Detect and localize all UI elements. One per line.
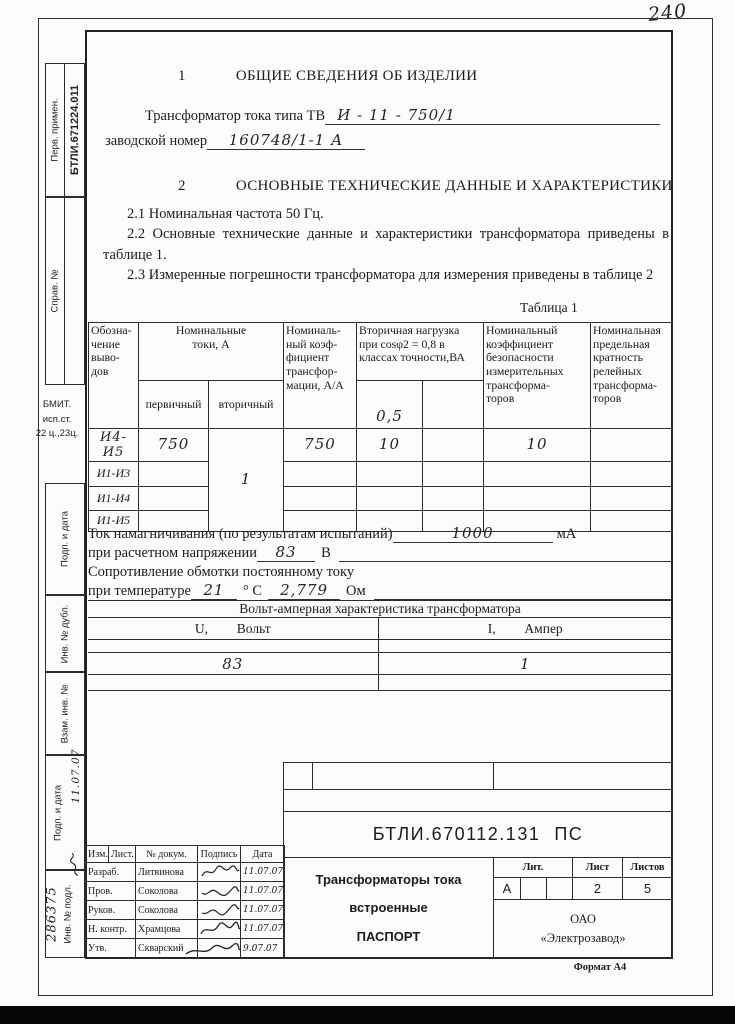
lit-empty-cell (546, 877, 573, 900)
magnetizing-label: Ток намагничивания (по результатам испыт… (88, 526, 393, 543)
transformer-type-line: Трансформатор тока типа ТВ И - 11 - 750/… (145, 106, 660, 125)
sprav-label: Справ. № (50, 269, 61, 312)
cell-load-2 (423, 462, 484, 487)
margin-stamp-note: БМИТ. исп.ст. 22 ц.,23ц. (26, 398, 88, 442)
scanned-passport-page: 240 Перв. примен. БТЛИ.671224.011 Справ.… (0, 0, 735, 1024)
va-empty-cell (378, 675, 672, 691)
header-secondary: вторичный (209, 381, 284, 429)
perv-primen-value: БТЛИ.671224.011 (69, 85, 81, 175)
cell-mult (591, 462, 673, 487)
signature-scribble-icon (68, 807, 82, 877)
organization-line-2: «Электрозавод» (494, 929, 672, 948)
signature-scribble-icon (200, 942, 240, 956)
stamp-line: 22 ц.,23ц. (26, 427, 88, 442)
magnetizing-unit: мА (557, 526, 577, 543)
lit-empty-cell (520, 877, 547, 900)
cell-ratio (284, 462, 357, 487)
sig-name: Храмцова (136, 920, 198, 939)
cell-divider (64, 198, 65, 384)
format-note: Формат А4 (520, 962, 680, 973)
voltage-label: при расчетном напряжении (88, 545, 257, 562)
va-empty-cell (88, 675, 378, 691)
resistance-label: Сопротивление обмотки постоянному току (88, 564, 354, 581)
sig-role: Пров. (86, 882, 136, 901)
cell-load-2 (423, 487, 484, 511)
cell-secondary: 1 (241, 470, 252, 488)
sig-header-dokum: № докум. (136, 846, 198, 863)
sig-date: 9.07.07 (241, 939, 285, 959)
va-i-value-handwritten: 1 (520, 655, 531, 673)
section-number: 1 (178, 68, 186, 85)
type-value-handwritten: И - 11 - 750/1 (325, 106, 660, 125)
title-block-small-cell (312, 762, 494, 790)
sig-date: 11.07.07 (241, 920, 285, 939)
resistance-unit: Ом (346, 583, 366, 600)
volt-ampere-table: Вольт-амперная характеристика трансформа… (88, 600, 672, 691)
title-block-small-cell (493, 762, 673, 790)
paragraph-2-2: 2.2 Основные технические данные и характ… (103, 224, 669, 265)
scan-edge-bar (0, 1006, 735, 1024)
sidebar-cell-inv-dubl: Инв. № дубл. (45, 595, 85, 672)
header-safety-factor: Номинальный коэффициент безопасности изм… (484, 323, 591, 429)
temperature-value-handwritten: 21 (191, 581, 237, 600)
rule-filler (339, 561, 672, 562)
voltage-unit: В (321, 545, 331, 562)
header-terminals: Обозна- чение выво- дов (89, 323, 139, 429)
sig-date: 11.07.07 (241, 863, 285, 882)
inv-dubl-label: Инв. № дубл. (60, 604, 71, 663)
header-nominal-currents: Номинальные токи, А (139, 323, 284, 381)
resistance-value-handwritten: 2,779 (268, 581, 340, 600)
sig-name: Скварский (136, 939, 198, 959)
lit-header-cell: Лит. (493, 857, 573, 878)
va-header-i: I, Ампер (378, 618, 672, 640)
section-2-heading: 2 ОСНОВНЫЕ ТЕХНИЧЕСКИЕ ДАННЫЕ И ХАРАКТЕР… (178, 178, 673, 195)
handwritten-inventory-number: 286375 (45, 886, 60, 942)
cell-mult (591, 487, 673, 511)
perv-primen-label: Перв. примен. (50, 98, 61, 161)
technical-data-table: Обозна- чение выво- дов Номинальные токи… (88, 322, 673, 532)
sidebar-cell-sprav: Справ. № (45, 197, 85, 385)
sig-role: Руков. (86, 901, 136, 920)
section-title: ОБЩИЕ СВЕДЕНИЯ ОБ ИЗДЕЛИИ (236, 68, 477, 85)
magnetizing-value-handwritten: 1000 (393, 524, 553, 543)
signature-scribble-icon (200, 922, 240, 936)
signature-table: Изм. Лист. № докум. Подпись Дата Разраб.… (85, 845, 285, 959)
voltage-value-handwritten: 83 (257, 543, 315, 562)
sig-role: Н. контр. (86, 920, 136, 939)
cell-primary: 750 (158, 435, 190, 453)
document-suffix: ПС (554, 824, 583, 845)
cell-safety (484, 487, 591, 511)
cell-load-05 (357, 462, 423, 487)
sig-name: Соколова (136, 901, 198, 920)
cell-ratio (284, 487, 357, 511)
temperature-resistance-line: при температуре 21 ° С 2,779 Ом (88, 581, 672, 600)
va-header-u: U, Вольт (88, 618, 378, 640)
i-symbol: I, (488, 621, 496, 636)
row-terminals: И1-И3 (97, 466, 130, 480)
sheet-header-cell: Лист (572, 857, 623, 878)
sig-role: Утв. (86, 939, 136, 959)
product-line-1: Трансформаторы тока (284, 872, 493, 887)
u-symbol: U, (195, 621, 208, 636)
handwritten-sign-date: 11.07.07 (66, 748, 84, 877)
cell-primary (139, 487, 209, 511)
sidebar-cell-inv-podl: Инв. № подл. 286375 (45, 870, 85, 958)
sig-date: 11.07.07 (241, 901, 285, 920)
accuracy-class-handwritten: 0,5 (376, 407, 403, 425)
table-1-caption: Таблица 1 (520, 300, 578, 316)
podp-data-label: Подп. и дата (53, 785, 64, 841)
cell-safety (484, 462, 591, 487)
row-terminals: И4-И5 (100, 430, 127, 460)
stamp-line: БМИТ. (26, 398, 88, 413)
header-secondary-load: Вторичная нагрузка при cosφ2 = 0,8 в кла… (357, 323, 484, 381)
rated-voltage-line: при расчетном напряжении 83 В (88, 543, 672, 562)
sheets-header-cell: Листов (622, 857, 673, 878)
section-1-heading: 1 ОБЩИЕ СВЕДЕНИЯ ОБ ИЗДЕЛИИ (178, 68, 477, 85)
temperature-unit: ° С (243, 583, 262, 600)
cell-primary (139, 462, 209, 487)
product-name-cell: Трансформаторы тока встроенные ПАСПОРТ (283, 857, 494, 958)
sheets-value-cell: 5 (622, 877, 673, 900)
document-number-cell: БТЛИ.670112.131 ПС (283, 811, 673, 858)
accuracy-class-blank (423, 381, 484, 429)
sig-signature (198, 939, 241, 959)
sig-header-list: Лист. (109, 846, 136, 863)
sig-name: Литвинова (136, 863, 198, 882)
cell-load-05: 10 (379, 435, 400, 453)
section-title: ОСНОВНЫЕ ТЕХНИЧЕСКИЕ ДАННЫЕ И ХАРАКТЕРИС… (236, 178, 673, 195)
va-u-value-handwritten: 83 (222, 655, 243, 673)
va-empty-cell (88, 640, 378, 653)
paragraph-2-1: 2.1 Номинальная частота 50 Гц. (103, 204, 669, 224)
handwritten-date: 11.07.07 (70, 748, 82, 803)
product-line-2: встроенные (284, 900, 493, 915)
header-ratio: Номиналь- ный коэф- фициент трансфор- ма… (284, 323, 357, 429)
section-2-paragraphs: 2.1 Номинальная частота 50 Гц. 2.2 Основ… (103, 204, 669, 285)
vzam-inv-label: Взам. инв. № (60, 684, 71, 743)
stamp-line: исп.ст. (26, 413, 88, 428)
serial-label: заводской номер (105, 133, 207, 150)
paragraph-2-3: 2.3 Измеренные погрешности трансформатор… (103, 265, 669, 285)
va-empty-cell (378, 640, 672, 653)
inv-podl-label: Инв. № подл. (63, 884, 74, 943)
organization-cell: ОАО «Электрозавод» (493, 899, 673, 958)
sidebar-cell-perv-primen: Перв. примен. БТЛИ.671224.011 (45, 63, 85, 197)
cell-ratio: 750 (304, 435, 336, 453)
sidebar-cell-vzam-inv: Взам. инв. № (45, 672, 85, 755)
section-number: 2 (178, 178, 186, 195)
product-line-3: ПАСПОРТ (284, 929, 493, 944)
cell-load-05 (357, 487, 423, 511)
sig-name: Соколова (136, 882, 198, 901)
sheet-value-cell: 2 (572, 877, 623, 900)
title-block-small-cell (283, 762, 313, 790)
title-block-thin-row (283, 789, 673, 812)
signature-scribble-icon (200, 903, 240, 917)
u-unit: Вольт (237, 621, 271, 636)
lit-value-cell: А (493, 877, 521, 900)
i-unit: Ампер (524, 621, 562, 636)
serial-value-handwritten: 160748/1-1 А (207, 131, 365, 150)
cell-divider (64, 64, 65, 196)
sig-date: 11.07.07 (241, 882, 285, 901)
podp-data-label: Подп. и дата (60, 511, 71, 567)
row-terminals: И1-И4 (97, 491, 130, 505)
type-label: Трансформатор тока типа ТВ (145, 108, 325, 125)
winding-resistance-line: Сопротивление обмотки постоянному току (88, 562, 672, 581)
sig-signature (198, 882, 241, 901)
magnetizing-current-line: Ток намагничивания (по результатам испыт… (88, 524, 672, 543)
sig-header-podpis: Подпись (198, 846, 241, 863)
serial-number-line: заводской номер 160748/1-1 А (105, 131, 365, 150)
document-code: БТЛИ.670112.131 (373, 824, 541, 845)
sig-signature (198, 901, 241, 920)
cell-safety: 10 (526, 435, 547, 453)
signature-scribble-icon (200, 865, 240, 879)
temperature-label: при температуре (88, 583, 191, 600)
sidebar-cell-podp-data-2: Подп. и дата 11.07.07 (45, 755, 85, 870)
header-limit-multiplicity: Номинальная предельная кратность релейны… (591, 323, 673, 429)
sig-signature (198, 863, 241, 882)
organization-line-1: ОАО (494, 910, 672, 929)
sig-header-izm: Изм. (86, 846, 109, 863)
header-primary: первичный (139, 381, 209, 429)
sig-signature (198, 920, 241, 939)
sig-header-data: Дата (241, 846, 285, 863)
sidebar-cell-podp-data-1: Подп. и дата (45, 483, 85, 595)
measurement-lines: Ток намагничивания (по результатам испыт… (88, 524, 672, 600)
signature-scribble-icon (200, 884, 240, 898)
sig-role: Разраб. (86, 863, 136, 882)
va-title: Вольт-амперная характеристика трансформа… (88, 601, 672, 618)
